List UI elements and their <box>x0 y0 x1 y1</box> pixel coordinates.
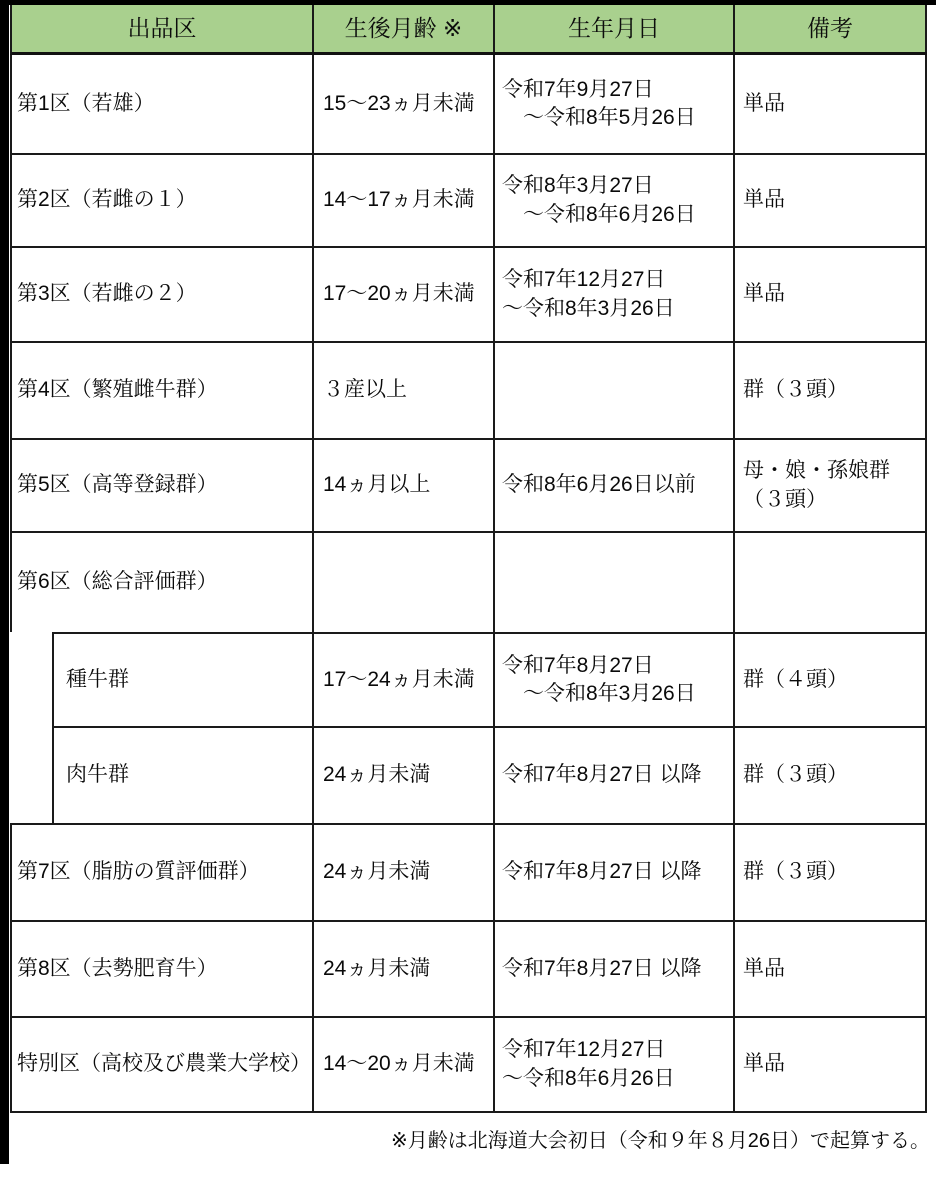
cell-remarks <box>735 533 927 632</box>
column-header-division: 出品区 <box>12 5 314 52</box>
cell-division: 第5区（高等登録群） <box>12 440 314 531</box>
cell-age: 24ヵ月未満 <box>314 728 495 823</box>
table-row-division-4: 第4区（繁殖雌牛群） ３産以上 群（３頭） <box>10 343 927 440</box>
cell-age: 24ヵ月未満 <box>314 825 495 920</box>
cell-remarks: 単品 <box>735 1018 927 1111</box>
cell-age: 14ヵ月以上 <box>314 440 495 531</box>
age-calculation-footnote: ※月齢は北海道大会初日（令和９年８月26日）で起算する。 <box>10 1124 930 1153</box>
table-row-division-2: 第2区（若雌の１） 14〜17ヵ月未満 令和8年3月27日 〜令和8年6月26日… <box>10 155 927 248</box>
scan-edge-left <box>0 0 9 1164</box>
cell-age: 15〜23ヵ月未満 <box>314 55 495 153</box>
cell-birthdate: 令和8年6月26日以前 <box>495 440 735 531</box>
cell-birthdate: 令和8年3月27日 〜令和8年6月26日 <box>495 155 735 246</box>
cell-remarks: 群（３頭） <box>735 728 927 823</box>
cell-age: 14〜17ヵ月未満 <box>314 155 495 246</box>
column-header-remarks: 備考 <box>735 5 927 52</box>
cell-division: 第7区（脂肪の質評価群） <box>12 825 314 920</box>
cell-division: 第8区（去勢肥育牛） <box>12 922 314 1016</box>
cell-birthdate <box>495 343 735 438</box>
cell-birthdate: 令和7年12月27日 〜令和8年6月26日 <box>495 1018 735 1111</box>
cell-remarks: 単品 <box>735 55 927 153</box>
cell-age: ３産以上 <box>314 343 495 438</box>
cell-age <box>314 533 495 632</box>
document-page: 出品区 生後月齢 ※ 生年月日 備考 第1区（若雄） 15〜23ヵ月未満 令和7… <box>0 0 936 1187</box>
table-row-division-6: 第6区（総合評価群） <box>10 533 927 632</box>
cell-remarks: 単品 <box>735 248 927 341</box>
cell-division: 種牛群 <box>54 634 314 726</box>
cell-age: 14〜20ヵ月未満 <box>314 1018 495 1111</box>
cell-remarks: 群（４頭） <box>735 634 927 726</box>
cell-division: 第2区（若雌の１） <box>12 155 314 246</box>
cell-division: 第1区（若雄） <box>12 55 314 153</box>
cell-remarks: 母・娘・孫娘群 （３頭） <box>735 440 927 531</box>
table-row-division-5: 第5区（高等登録群） 14ヵ月以上 令和8年6月26日以前 母・娘・孫娘群 （３… <box>10 440 927 533</box>
cell-birthdate: 令和7年8月27日 以降 <box>495 728 735 823</box>
cell-age: 24ヵ月未満 <box>314 922 495 1016</box>
cell-remarks: 群（３頭） <box>735 825 927 920</box>
cell-remarks: 群（３頭） <box>735 343 927 438</box>
table-header-row: 出品区 生後月齢 ※ 生年月日 備考 <box>10 5 927 55</box>
table-subrow-beef-cattle-group: 肉牛群 24ヵ月未満 令和7年8月27日 以降 群（３頭） <box>52 728 927 823</box>
cell-division: 第3区（若雌の２） <box>12 248 314 341</box>
exhibition-division-table: 出品区 生後月齢 ※ 生年月日 備考 第1区（若雄） 15〜23ヵ月未満 令和7… <box>10 5 927 1113</box>
cell-birthdate: 令和7年8月27日 〜令和8年3月26日 <box>495 634 735 726</box>
cell-birthdate: 令和7年12月27日 〜令和8年3月26日 <box>495 248 735 341</box>
cell-division: 特別区（高校及び農業大学校） <box>12 1018 314 1111</box>
cell-birthdate <box>495 533 735 632</box>
cell-division: 第6区（総合評価群） <box>12 533 314 632</box>
table-row-division-7: 第7区（脂肪の質評価群） 24ヵ月未満 令和7年8月27日 以降 群（３頭） <box>10 823 927 922</box>
cell-birthdate: 令和7年9月27日 〜令和8年5月26日 <box>495 55 735 153</box>
cell-remarks: 単品 <box>735 922 927 1016</box>
column-header-birthdate: 生年月日 <box>495 5 735 52</box>
cell-age: 17〜20ヵ月未満 <box>314 248 495 341</box>
cell-age: 17〜24ヵ月未満 <box>314 634 495 726</box>
column-header-age: 生後月齢 ※ <box>314 5 495 52</box>
table-row-division-3: 第3区（若雌の２） 17〜20ヵ月未満 令和7年12月27日 〜令和8年3月26… <box>10 248 927 343</box>
table-subrow-breeding-bull-group: 種牛群 17〜24ヵ月未満 令和7年8月27日 〜令和8年3月26日 群（４頭） <box>52 632 927 728</box>
table-row-special-division: 特別区（高校及び農業大学校） 14〜20ヵ月未満 令和7年12月27日 〜令和8… <box>10 1018 927 1113</box>
table-row-division-1: 第1区（若雄） 15〜23ヵ月未満 令和7年9月27日 〜令和8年5月26日 単… <box>10 55 927 155</box>
cell-remarks: 単品 <box>735 155 927 246</box>
cell-birthdate: 令和7年8月27日 以降 <box>495 825 735 920</box>
cell-division: 第4区（繁殖雌牛群） <box>12 343 314 438</box>
cell-division: 肉牛群 <box>54 728 314 823</box>
table-row-division-8: 第8区（去勢肥育牛） 24ヵ月未満 令和7年8月27日 以降 単品 <box>10 922 927 1018</box>
cell-birthdate: 令和7年8月27日 以降 <box>495 922 735 1016</box>
